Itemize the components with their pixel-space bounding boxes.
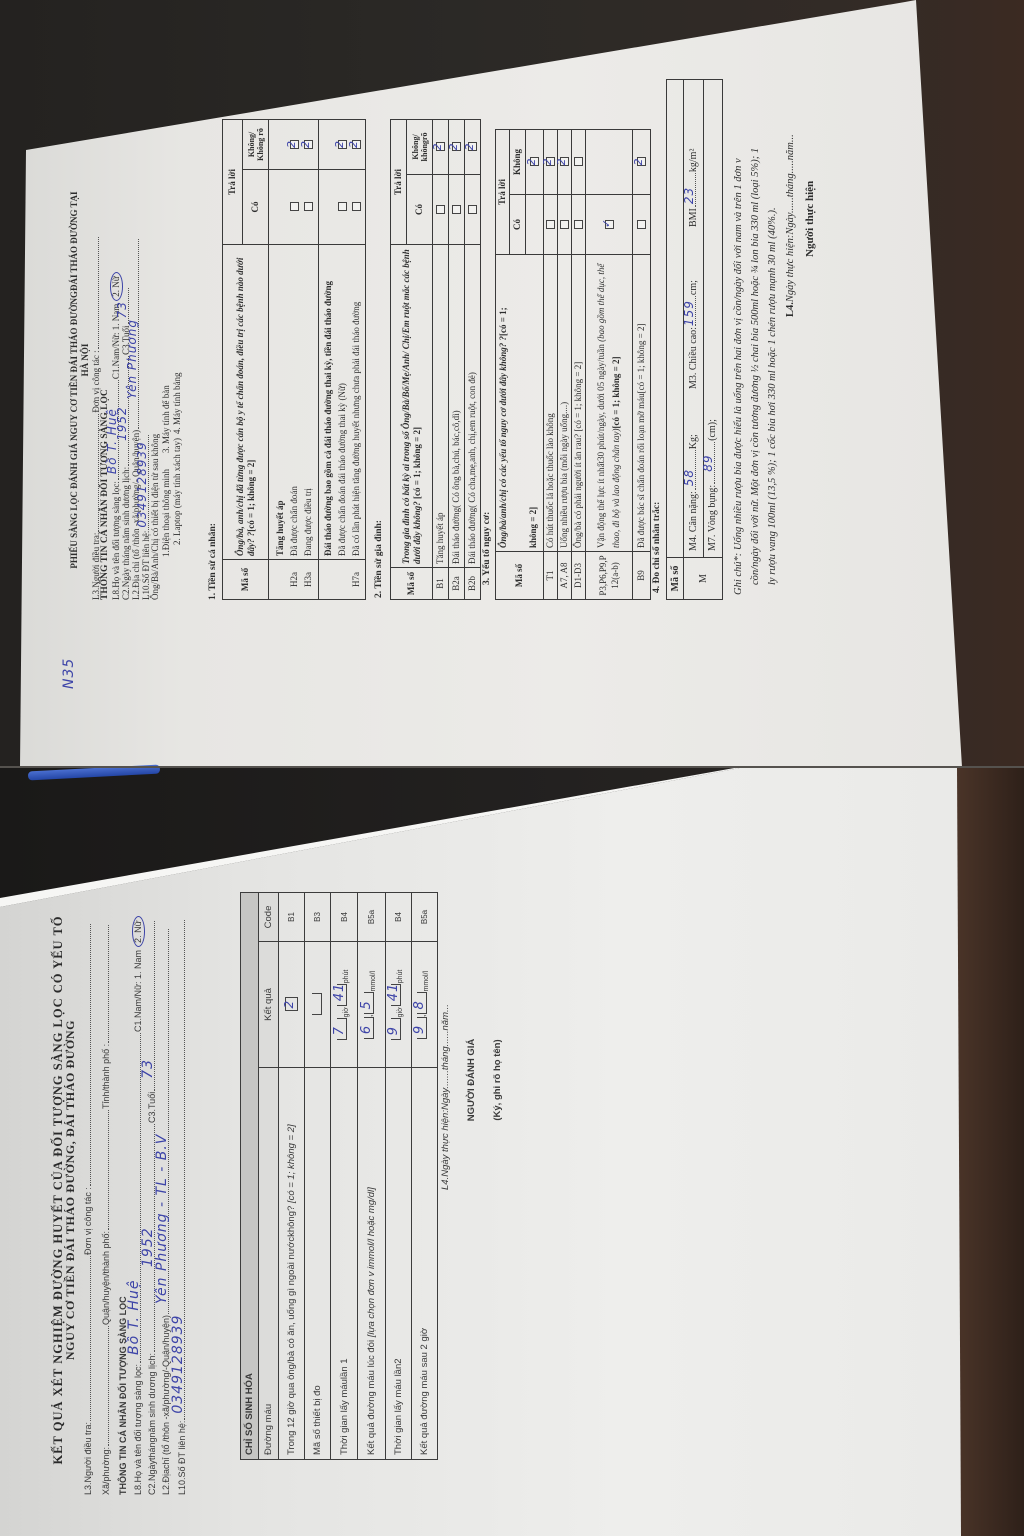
commune-label: Xã/phường:: [101, 1447, 111, 1495]
result-cell: 6,5mmol/l: [358, 942, 386, 1068]
code-cell: B1: [433, 568, 449, 600]
question-coding: [có = 1; không = 2]: [246, 460, 256, 532]
devices-options-line-2: 2. Laptop (máy tính xách tay)4. Máy tính…: [172, 373, 183, 545]
dob-value: 1952: [142, 1227, 154, 1267]
district-field: [100, 1110, 109, 1230]
weight-measure: M4. Cân nặng:58Kg;: [687, 434, 699, 551]
yes-cell: [465, 175, 481, 245]
yes-cell: [572, 195, 586, 255]
item-label: Uống nhiều rượu bia (mỗi ngày uống....): [558, 255, 572, 552]
province-field: [100, 925, 109, 1043]
checkbox-yes: [304, 203, 313, 212]
group-title: Tăng huyết áp: [273, 248, 287, 556]
height-unit: cm;: [688, 280, 699, 295]
handwritten-hour: 7: [333, 1026, 346, 1035]
checkbox-no: 2: [436, 143, 445, 152]
biochemistry-table: CHỈ SỐ SINH HÓA Đường máu Kết quả Code T…: [240, 892, 438, 1460]
measurement-row-2: M7. Vòng bụng:89(cm);: [704, 80, 723, 558]
question-header: Trong gia đình có bất kỳ ai trong số Ông…: [391, 245, 433, 568]
glucose-unit: mmol/l: [423, 971, 430, 992]
code-cell: D1-D3: [572, 552, 586, 600]
row-label: Mã số thiết bị đo: [305, 1068, 331, 1460]
result-cell: 9giờ41phút: [386, 942, 412, 1068]
yes-cell: [319, 170, 366, 245]
checkbox-yes: [546, 220, 555, 229]
table-row: H7a Đái tháo đường bao gồm cả đái tháo đ…: [319, 119, 366, 599]
table-row: Thời gian lấy máu lần2 9giờ41phút B4: [386, 892, 412, 1459]
weight-value: 58: [683, 469, 695, 486]
note-line-2: cồn/ngày đối với nữ. Một đơn vị cồn tươn…: [749, 148, 763, 585]
checkbox-no: 2: [338, 140, 347, 149]
hour-unit: giờ: [343, 1007, 350, 1017]
bmi-measure: BMI23kg/m²: [687, 149, 699, 227]
signer-label: Người thực hiện: [805, 181, 816, 257]
checkbox-yes: [574, 220, 583, 229]
height-measure: M3. Chiều cao:159cm;: [687, 280, 699, 389]
handwritten-mark: 2: [526, 159, 538, 166]
minute-slot: 41: [337, 984, 347, 1006]
bmi-unit: kg/m²: [688, 149, 699, 173]
row-coding: [có = 1; không = 2]: [286, 1124, 297, 1203]
investigator-label: L3.Người điều tra:: [83, 1422, 93, 1495]
code-h3a: H3a: [301, 563, 315, 596]
question-header: Ông/bà, anh/chị đã từng được cán bộ y tế…: [223, 245, 269, 560]
table-row: T1 Có hút thuốc lá hoặc thuốc lào không …: [544, 129, 558, 599]
code-cell: T1: [544, 552, 558, 600]
yes-header: Có: [243, 170, 269, 245]
handwritten-integer: 6: [360, 1025, 373, 1034]
checkbox-no: 2: [560, 158, 569, 167]
code-cell: H7a: [319, 560, 366, 600]
yes-header: Có: [407, 175, 433, 245]
row-text-italic: [lựa chọn đơn v immol/l hoặc mg/dl]: [366, 1187, 377, 1337]
result-cell: 9,8mmol/l: [412, 942, 438, 1068]
device-option-4: 4. Máy tính bảng: [172, 373, 182, 435]
checkbox-no: 2: [468, 143, 477, 152]
anthropometry-heading: 4. Đo chỉ số nhân trắc:: [652, 502, 663, 593]
biochem-section-header: CHỈ SỐ SINH HÓA: [241, 892, 259, 1459]
table-row: Mã số thiết bị đo B3: [305, 892, 331, 1459]
yes-cell: ✓: [586, 195, 633, 255]
result-cell: [305, 942, 331, 1068]
workplace-field: [82, 924, 91, 1186]
workplace-label: Đơn vị công tác :: [83, 1187, 93, 1255]
investigator-field: [90, 414, 99, 532]
no-header: Không/ Không rõ: [243, 119, 269, 169]
decimal-slot: 5: [364, 993, 374, 1015]
code-cell: P3,P6,P9,P12(a-b): [586, 552, 633, 600]
item-label: Tăng huyết áp: [433, 245, 449, 568]
yes-cell: [544, 195, 558, 255]
risk-factors-heading: 3. Yếu tố nguy cơ:: [482, 512, 493, 585]
address-value: Yên Phương: [126, 319, 138, 399]
hour-slot: 9: [391, 1018, 401, 1040]
address-value: Yên Phương - TL - B.V: [156, 1134, 168, 1304]
no-cell: 2: [433, 119, 449, 174]
row-text: Kết quả đường máu lúc đói: [366, 1340, 377, 1455]
answer-header: Trả lời: [223, 119, 243, 244]
table-row: Trong 12 giờ qua ông/bà có ăn, uống gì n…: [279, 892, 305, 1459]
item-label: Đái tháo đường( Có cha,mẹ,anh, chị,em ru…: [465, 245, 481, 568]
measurement-row-1: M4. Cân nặng:58Kg; M3. Chiều cao:159cm; …: [684, 80, 704, 558]
handwritten-mark: 2: [542, 159, 554, 166]
row-label: Kết quả đường máu sau 2 giờ: [412, 1068, 438, 1460]
question-text: Trong gia đình có bất kỳ ai trong số Ông…: [401, 249, 422, 564]
code-cell: B4: [386, 892, 412, 941]
no-header: Không/ khôngrõ: [407, 119, 433, 174]
code-cell: B9: [633, 552, 651, 600]
no-cell: 2: [465, 119, 481, 174]
phone-value: 0349128939: [172, 1315, 184, 1414]
table-row: P3,P6,P9,P12(a-b) Vận động thể lực ít nh…: [586, 129, 633, 599]
photo-seam: [0, 766, 1024, 768]
row-label: Kết quả đường máu lúc đói [lựa chọn đơn …: [358, 1068, 386, 1460]
wooden-table-edge: [957, 767, 1024, 1536]
checkbox-no: 2: [352, 140, 361, 149]
result-form-subtitle: NGUY CƠ TIỀN ĐÁI THÁO ĐƯỜNG, ĐÁI THÁO ĐƯ…: [65, 880, 76, 1500]
row-text: Trong 12 giờ qua ông/bà có ăn, uống gì n…: [286, 1206, 297, 1455]
family-history-table: Mã số Trong gia đình có bất kỳ ai trong …: [390, 119, 481, 600]
table-row: Kết quả đường máu sau 2 giờ 9,8mmol/l B5…: [412, 892, 438, 1459]
item-label: Đã được bác sĩ chẩn đoán rối loạn mỡ máu…: [633, 255, 651, 552]
code-cell: A7, A8: [558, 552, 572, 600]
handwritten-mark: 2: [432, 144, 444, 151]
screening-form: N35 PHIẾU SÀNG LỌC ĐÁNH GIÁ NGUY CƠ TIỀN…: [65, 45, 825, 605]
name-value: Bồ T. Huệ: [128, 1280, 140, 1355]
col-code-header: Mã số: [223, 560, 269, 600]
item-label: Ông/bà có phải người ít ăn rau? [có = 1;…: [572, 255, 586, 552]
code-h2a: H2a: [287, 563, 301, 596]
code-cell: B4: [331, 892, 358, 941]
checkbox-yes: [290, 203, 299, 212]
handwritten-mark: 2: [334, 141, 346, 148]
phone-field: 0349128939: [176, 920, 185, 1420]
anthropometry-table: Mã số M M4. Cân nặng:58Kg; M3. Chiều cao…: [666, 79, 723, 600]
phone-label: L10.Số ĐT liên hệ:: [177, 1421, 187, 1495]
row-label: Thời gian lấy máu lần2: [386, 1068, 412, 1460]
group-title: Đái tháo đường bao gồm cả đái tháo đường…: [321, 248, 335, 556]
device-option-1: 1.Điện thoại thông minh: [161, 469, 171, 557]
no-cell: 2: [558, 129, 572, 194]
handwritten-mark: 2: [448, 144, 460, 151]
checkbox-no: 2: [546, 158, 555, 167]
handwritten-minute: 41: [387, 983, 400, 1002]
table-row: B9 Đã được bác sĩ chẩn đoán rối loạn mỡ …: [633, 129, 651, 599]
address-field: Yên Phương: [130, 239, 139, 429]
no-cell: 2: [633, 129, 651, 194]
code-header: Code: [259, 892, 279, 941]
table-row: B2a Đái tháo đường( Có ông bà,chú, bác,c…: [449, 119, 465, 599]
result-cell: 2: [279, 942, 305, 1068]
checkbox-yes: [352, 203, 361, 212]
handwritten-value: 2: [284, 1000, 295, 1009]
personal-history-table: Mã số Ông/bà, anh/chị đã từng được cán b…: [222, 119, 366, 600]
table-row: Thời gian lấy máulần 1 7giờ41phút B4: [331, 892, 358, 1459]
answer-header: Trả lời: [496, 129, 510, 254]
table-row: H2aH3a Tăng huyết ápĐã được chẩn đoánĐan…: [269, 119, 319, 599]
checkbox-yes: [468, 205, 477, 214]
digit-slot: [312, 994, 322, 1016]
question-coding-2: không = 2]: [528, 258, 539, 548]
date-prefix: L4.: [785, 302, 796, 317]
age-field: 73: [146, 921, 155, 1091]
yes-cell: [558, 195, 572, 255]
code-cell: B2b: [465, 568, 481, 600]
phone-line: L10.Số ĐT liên hệ:0349128939: [176, 919, 188, 1495]
item-text: Vận động thể lực ít nhất30 phút/ngày, dư…: [596, 344, 606, 548]
handwritten-hour: 9: [387, 1026, 400, 1035]
code-cell: B3: [305, 892, 331, 941]
integer-slot: 6: [364, 1017, 374, 1039]
code-cell: B5a: [358, 892, 386, 941]
checkbox-no: [574, 158, 583, 167]
col-code-header: Mã số: [496, 552, 544, 600]
age-label: C3.Tuổi: [147, 1092, 157, 1123]
family-history-heading: 2. Tiền sử gia đình:: [374, 520, 385, 598]
phone-field: 0349128939: [140, 435, 149, 530]
item-label: Vận động thể lực ít nhất30 phút/ngày, dư…: [586, 255, 633, 552]
minute-slot: 41: [391, 984, 401, 1006]
age-value: 73: [116, 301, 128, 318]
bmi-value: 23: [683, 187, 695, 204]
handwritten-minute: 41: [333, 983, 346, 1002]
waist-unit: (cm);: [707, 419, 718, 441]
dob-label: C2.Ngàythángnăm sinh dương lịch:: [147, 1353, 157, 1495]
item-coding: [có = 1; không = 2]: [611, 357, 621, 429]
yes-cell: [526, 195, 544, 255]
checkbox-yes-checked: ✓: [605, 220, 614, 229]
header-blank: [667, 80, 684, 558]
bmi-field: 23: [687, 173, 696, 207]
item-label: Đã được chẩn đoán đái tháo đường thai kỳ…: [335, 248, 349, 556]
date-line: L4.Ngày thực hiện:Ngày......tháng.....nă…: [785, 134, 796, 317]
handwritten-mark: 2: [633, 159, 645, 166]
checkbox-yes: [452, 205, 461, 214]
investigator-line: L3.Người điều tra:Đơn vị công tác :: [82, 923, 94, 1495]
question-text: Ông/bà/anh/chị có các yếu tố nguy cơ dướ…: [498, 336, 508, 548]
weight-unit: Kg;: [688, 434, 699, 449]
handwritten-decimal: 8: [413, 1000, 426, 1009]
table-row: M M4. Cân nặng:58Kg; M3. Chiều cao:159cm…: [684, 80, 704, 600]
personal-history-heading: 1. Tiền sử cá nhân:: [208, 523, 219, 600]
name-field: Bồ T. Huệ: [132, 1033, 141, 1363]
checkbox-no: 2: [530, 158, 539, 167]
table-row: Kết quả đường máu lúc đói [lựa chọn đơn …: [358, 892, 386, 1459]
code-cell: M: [684, 558, 723, 600]
evaluator-signature-note: (Ký, ghi rõ họ tên): [492, 980, 503, 1180]
yes-cell: [433, 175, 449, 245]
commune-field: [100, 1326, 109, 1446]
height-label: M3. Chiều cao:: [688, 327, 699, 389]
item-cell: Tăng huyết ápĐã được chẩn đoánĐang được …: [269, 245, 319, 560]
glucose-result-form: KẾT QUẢ XÉT NGHIỆM ĐƯỜNG HUYẾT CỦA ĐỐI T…: [50, 880, 530, 1500]
no-cell: [572, 129, 586, 194]
risk-factors-table: Mã số Ông/bà/anh/chị có các yếu tố nguy …: [495, 129, 651, 600]
handwritten-mark: ✓: [601, 219, 613, 228]
age-value: 73: [142, 1059, 154, 1079]
waist-label: M7. Vòng bụng:: [707, 485, 718, 551]
handwritten-mark: 2: [348, 141, 360, 148]
dob-value: 1952: [116, 406, 128, 441]
no-cell: 2: [449, 119, 465, 174]
date-text: Ngày thực hiện:Ngày......tháng.....năm..…: [785, 134, 796, 302]
code-h7a: H7a: [349, 563, 363, 596]
bmi-label: BMI: [688, 208, 699, 227]
phone-value: 0349128939: [136, 441, 148, 527]
checkbox-no: 2: [637, 158, 646, 167]
code-cell: B5a: [412, 892, 438, 941]
col-code-header: Mã số: [391, 568, 433, 600]
corner-handwritten-note: N35: [62, 658, 76, 689]
gender-selected-circle: 2. Nữ: [132, 916, 145, 947]
handwritten-decimal: 5: [360, 1000, 373, 1009]
weight-label: M4. Cân nặng:: [688, 491, 699, 551]
note-line-3: ly rượu vang 100ml (13,5 %); 1 cốc bia h…: [766, 207, 780, 585]
handwritten-mark: 2: [286, 141, 298, 148]
workplace-field: [90, 237, 99, 349]
code-cell: H2aH3a: [269, 560, 319, 600]
checkbox-no: 2: [304, 140, 313, 149]
no-header: Không: [510, 129, 526, 194]
minute-unit: phút: [397, 970, 404, 984]
answer-box: 2: [285, 998, 298, 1012]
checkbox-yes: [560, 220, 569, 229]
height-value: 159: [683, 300, 695, 326]
handwritten-mark: 2: [464, 144, 476, 151]
glucose-unit: mmol/l: [370, 971, 377, 992]
table-row: D1-D3 Ông/bà có phải người ít ăn rau? [c…: [572, 129, 586, 599]
row-label: Thời gian lấy máulần 1: [331, 1068, 358, 1460]
devices-question: Ông/Bà/Anh/Chị có thiết bị điện tử sau k…: [150, 434, 161, 600]
handwritten-mark: 2: [300, 141, 312, 148]
address-field: Yên Phương - TL - B.V: [160, 929, 169, 1314]
yes-cell: [269, 170, 319, 245]
date-line: L4.Ngày thực hiện:Ngày.......tháng......…: [440, 1004, 451, 1190]
yes-cell: [449, 175, 465, 245]
name-line: L8.Họ và tên đối tượng sàng lọc:Bồ T. Hu…: [132, 916, 145, 1495]
waist-field: 89: [706, 442, 715, 484]
item-label: Đã có lần phát hiện tăng đường huyết như…: [349, 248, 363, 556]
gender-label: C1.Nam/Nữ: 1. Nam: [133, 950, 143, 1032]
item-cell: Đái tháo đường bao gồm cả đái tháo đường…: [319, 245, 366, 560]
answer-header: Trả lời: [391, 119, 407, 244]
yes-cell: [633, 195, 651, 255]
code-cell: B1: [279, 892, 305, 941]
table-row: B1 Tăng huyết áp 2: [433, 119, 449, 599]
device-option-2: 2. Laptop (máy tính xách tay): [172, 438, 182, 545]
code-cell: B2a: [449, 568, 465, 600]
investigator-field: [82, 1256, 91, 1421]
question-header: Ông/bà/anh/chị có các yếu tố nguy cơ dướ…: [496, 255, 544, 552]
glucose-group-label: Đường máu: [259, 1068, 279, 1460]
handwritten-mark: 2: [556, 159, 568, 166]
hour-unit: giờ: [397, 1007, 404, 1017]
province-label: Tỉnh/thành phố :: [101, 1044, 111, 1109]
integer-slot: 9: [417, 1017, 427, 1039]
weight-field: 58: [687, 450, 696, 490]
row-label: Trong 12 giờ qua ông/bà có ăn, uống gì n…: [279, 1068, 305, 1460]
result-header: Kết quả: [259, 942, 279, 1068]
waist-value: 89: [702, 455, 714, 472]
checkbox-yes: [436, 205, 445, 214]
form-title: PHIẾU SÀNG LỌC ĐÁNH GIÁ NGUY CƠ TIỀN ĐÁI…: [69, 160, 80, 600]
evaluator-title: NGƯỜI ĐÁNH GIÁ: [466, 980, 477, 1180]
item-label: Đang được điều trị: [301, 248, 315, 556]
table-row: A7, A8 Uống nhiều rượu bia (mỗi ngày uốn…: [558, 129, 572, 599]
hour-slot: 7: [337, 1018, 347, 1040]
district-label: Quận/huyện/thành phố:: [101, 1231, 111, 1325]
yes-header: Có: [510, 195, 526, 255]
checkbox-no: 2: [290, 140, 299, 149]
name-label: L8.Họ và tên đối tượng sàng lọc:: [133, 1364, 143, 1495]
no-cell: [586, 129, 633, 194]
checkbox-yes: [338, 203, 347, 212]
item-label: Có hút thuốc lá hoặc thuốc lào không: [544, 255, 558, 552]
handwritten-integer: 9: [413, 1025, 426, 1034]
minute-unit: phút: [343, 970, 350, 984]
no-cell: 22: [269, 119, 319, 169]
table-row: M7. Vòng bụng:89(cm);: [704, 80, 723, 600]
note-line-1: Ghi chú*: Uống nhiều rượu bia được hiểu …: [732, 158, 746, 595]
checkbox-no: 2: [452, 143, 461, 152]
item-label: Đã được chẩn đoán: [287, 248, 301, 556]
question-coding: [có = 1; không = 2]: [412, 427, 422, 499]
col-code-header: Mã số: [667, 558, 684, 600]
waist-measure: M7. Vòng bụng:89(cm);: [706, 419, 718, 551]
decimal-slot: 8: [417, 993, 427, 1015]
height-field: 159: [687, 296, 696, 326]
devices-options-line-1: 1.Điện thoại thông minh3. Máy tính để bà…: [161, 385, 172, 557]
table-row: B2b Đái tháo đường( Có cha,mẹ,anh, chị,e…: [465, 119, 481, 599]
device-option-3: 3. Máy tính để bàn: [161, 385, 171, 453]
question-coding-1: [có = 1;: [498, 307, 508, 336]
item-label: Đái tháo đường( Có ông bà,chú, bác,cô,dì…: [449, 245, 465, 568]
no-cell: 22: [319, 119, 366, 169]
checkbox-yes: [637, 220, 646, 229]
result-cell: 7giờ41phút: [331, 942, 358, 1068]
location-line: Xã/phường:Quận/huyện/thành phố:Tỉnh/thàn…: [100, 924, 112, 1495]
